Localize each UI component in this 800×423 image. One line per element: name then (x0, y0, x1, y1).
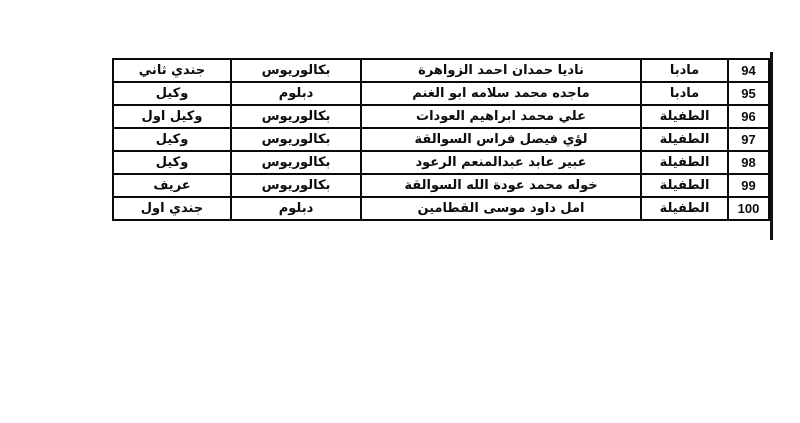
cell-education: دبلوم (231, 82, 361, 105)
cell-rank: جندي ثاني (113, 59, 231, 82)
cell-education: بكالوريوس (231, 59, 361, 82)
cell-education: دبلوم (231, 197, 361, 220)
page-background: 94مادباناديا حمدان احمد الزواهرةبكالوريو… (0, 0, 800, 423)
table-row: 95مادباماجده محمد سلامه ابو الغنمدبلوموك… (113, 82, 769, 105)
cell-serial: 96 (728, 105, 769, 128)
cell-serial: 97 (728, 128, 769, 151)
cell-name: عبير عابد عبدالمنعم الرعود (361, 151, 641, 174)
personnel-roster-table: 94مادباناديا حمدان احمد الزواهرةبكالوريو… (112, 58, 770, 221)
cell-education: بكالوريوس (231, 105, 361, 128)
cell-governorate: الطفيلة (641, 128, 728, 151)
cell-governorate: الطفيلة (641, 105, 728, 128)
cell-governorate: مادبا (641, 82, 728, 105)
cell-rank: وكيل اول (113, 105, 231, 128)
cell-governorate: الطفيلة (641, 174, 728, 197)
table-row: 94مادباناديا حمدان احمد الزواهرةبكالوريو… (113, 59, 769, 82)
cell-rank: وكيل (113, 82, 231, 105)
cell-rank: وكيل (113, 151, 231, 174)
cell-serial: 100 (728, 197, 769, 220)
cell-name: ماجده محمد سلامه ابو الغنم (361, 82, 641, 105)
table-row: 99الطفيلةخوله محمد عودة الله السوالقةبكا… (113, 174, 769, 197)
scan-outer-border-line (770, 52, 773, 240)
cell-education: بكالوريوس (231, 151, 361, 174)
cell-serial: 95 (728, 82, 769, 105)
cell-name: لؤي فيصل فراس السوالقة (361, 128, 641, 151)
cell-education: بكالوريوس (231, 128, 361, 151)
cell-name: علي محمد ابراهيم العودات (361, 105, 641, 128)
cell-education: بكالوريوس (231, 174, 361, 197)
cell-name: ناديا حمدان احمد الزواهرة (361, 59, 641, 82)
cell-governorate: الطفيلة (641, 151, 728, 174)
cell-serial: 94 (728, 59, 769, 82)
cell-serial: 98 (728, 151, 769, 174)
cell-governorate: الطفيلة (641, 197, 728, 220)
cell-serial: 99 (728, 174, 769, 197)
cell-name: خوله محمد عودة الله السوالقة (361, 174, 641, 197)
table-row: 97الطفيلةلؤي فيصل فراس السوالقةبكالوريوس… (113, 128, 769, 151)
cell-governorate: مادبا (641, 59, 728, 82)
cell-rank: جندي اول (113, 197, 231, 220)
cell-rank: وكيل (113, 128, 231, 151)
table-row: 98الطفيلةعبير عابد عبدالمنعم الرعودبكالو… (113, 151, 769, 174)
table-row: 96الطفيلةعلي محمد ابراهيم العوداتبكالوري… (113, 105, 769, 128)
cell-rank: عريف (113, 174, 231, 197)
table-body: 94مادباناديا حمدان احمد الزواهرةبكالوريو… (113, 59, 769, 220)
cell-name: امل داود موسى القطامين (361, 197, 641, 220)
table-row: 100الطفيلةامل داود موسى القطاميندبلومجند… (113, 197, 769, 220)
